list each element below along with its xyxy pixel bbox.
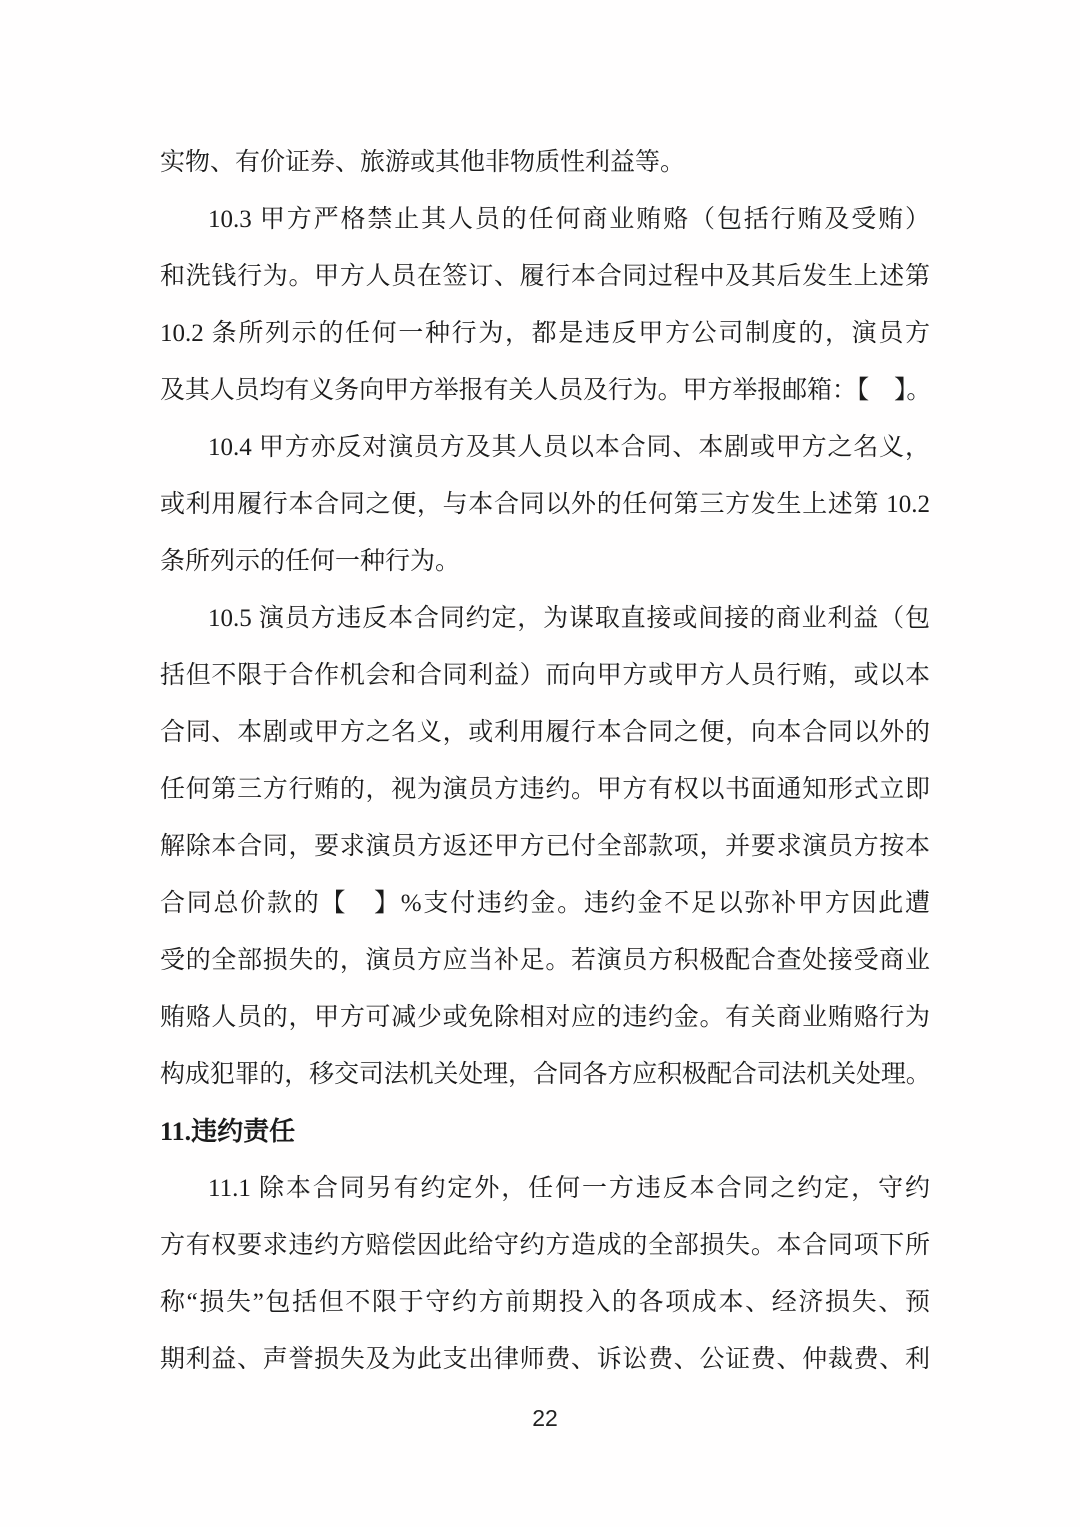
- section-heading: 11.违约责任: [160, 1103, 930, 1160]
- text-line: 称“损失”包括但不限于守约方前期投入的各项成本、经济损失、预: [160, 1274, 930, 1331]
- text-line: 及其人员均有义务向甲方举报有关人员及行为。甲方举报邮箱：【 】。: [160, 362, 930, 419]
- text-line: 10.5 演员方违反本合同约定，为谋取直接或间接的商业利益（包: [160, 590, 930, 647]
- text-line: 10.4 甲方亦反对演员方及其人员以本合同、本剧或甲方之名义，: [160, 419, 930, 476]
- text-line: 和洗钱行为。甲方人员在签订、履行本合同过程中及其后发生上述第: [160, 248, 930, 305]
- text-line: 解除本合同，要求演员方返还甲方已付全部款项，并要求演员方按本: [160, 818, 930, 875]
- text-line: 或利用履行本合同之便，与本合同以外的任何第三方发生上述第 10.2: [160, 476, 930, 533]
- text-line: 实物、有价证券、旅游或其他非物质性利益等。: [160, 134, 930, 191]
- text-line: 任何第三方行贿的，视为演员方违约。甲方有权以书面通知形式立即: [160, 761, 930, 818]
- text-line: 合同、本剧或甲方之名义，或利用履行本合同之便，向本合同以外的: [160, 704, 930, 761]
- text-line: 括但不限于合作机会和合同利益）而向甲方或甲方人员行贿，或以本: [160, 647, 930, 704]
- text-line: 10.2 条所列示的任何一种行为，都是违反甲方公司制度的，演员方: [160, 305, 930, 362]
- text-line: 期利益、声誉损失及为此支出律师费、诉讼费、公证费、仲裁费、利: [160, 1331, 930, 1388]
- text-line: 10.3 甲方严格禁止其人员的任何商业贿赂（包括行贿及受贿）: [160, 191, 930, 248]
- text-line: 构成犯罪的，移交司法机关处理，合同各方应积极配合司法机关处理。: [160, 1046, 930, 1103]
- document-body: 实物、有价证券、旅游或其他非物质性利益等。 10.3 甲方严格禁止其人员的任何商…: [160, 134, 930, 1388]
- text-line: 受的全部损失的，演员方应当补足。若演员方积极配合查处接受商业: [160, 932, 930, 989]
- page-number: 22: [160, 1390, 930, 1447]
- text-line: 合同总价款的【 】%支付违约金。违约金不足以弥补甲方因此遭: [160, 875, 930, 932]
- document-page: 实物、有价证券、旅游或其他非物质性利益等。 10.3 甲方严格禁止其人员的任何商…: [0, 0, 1080, 1527]
- text-line: 方有权要求违约方赔偿因此给守约方造成的全部损失。本合同项下所: [160, 1217, 930, 1274]
- text-line: 条所列示的任何一种行为。: [160, 533, 930, 590]
- text-line: 贿赂人员的，甲方可减少或免除相对应的违约金。有关商业贿赂行为: [160, 989, 930, 1046]
- text-line: 11.1 除本合同另有约定外，任何一方违反本合同之约定，守约: [160, 1160, 930, 1217]
